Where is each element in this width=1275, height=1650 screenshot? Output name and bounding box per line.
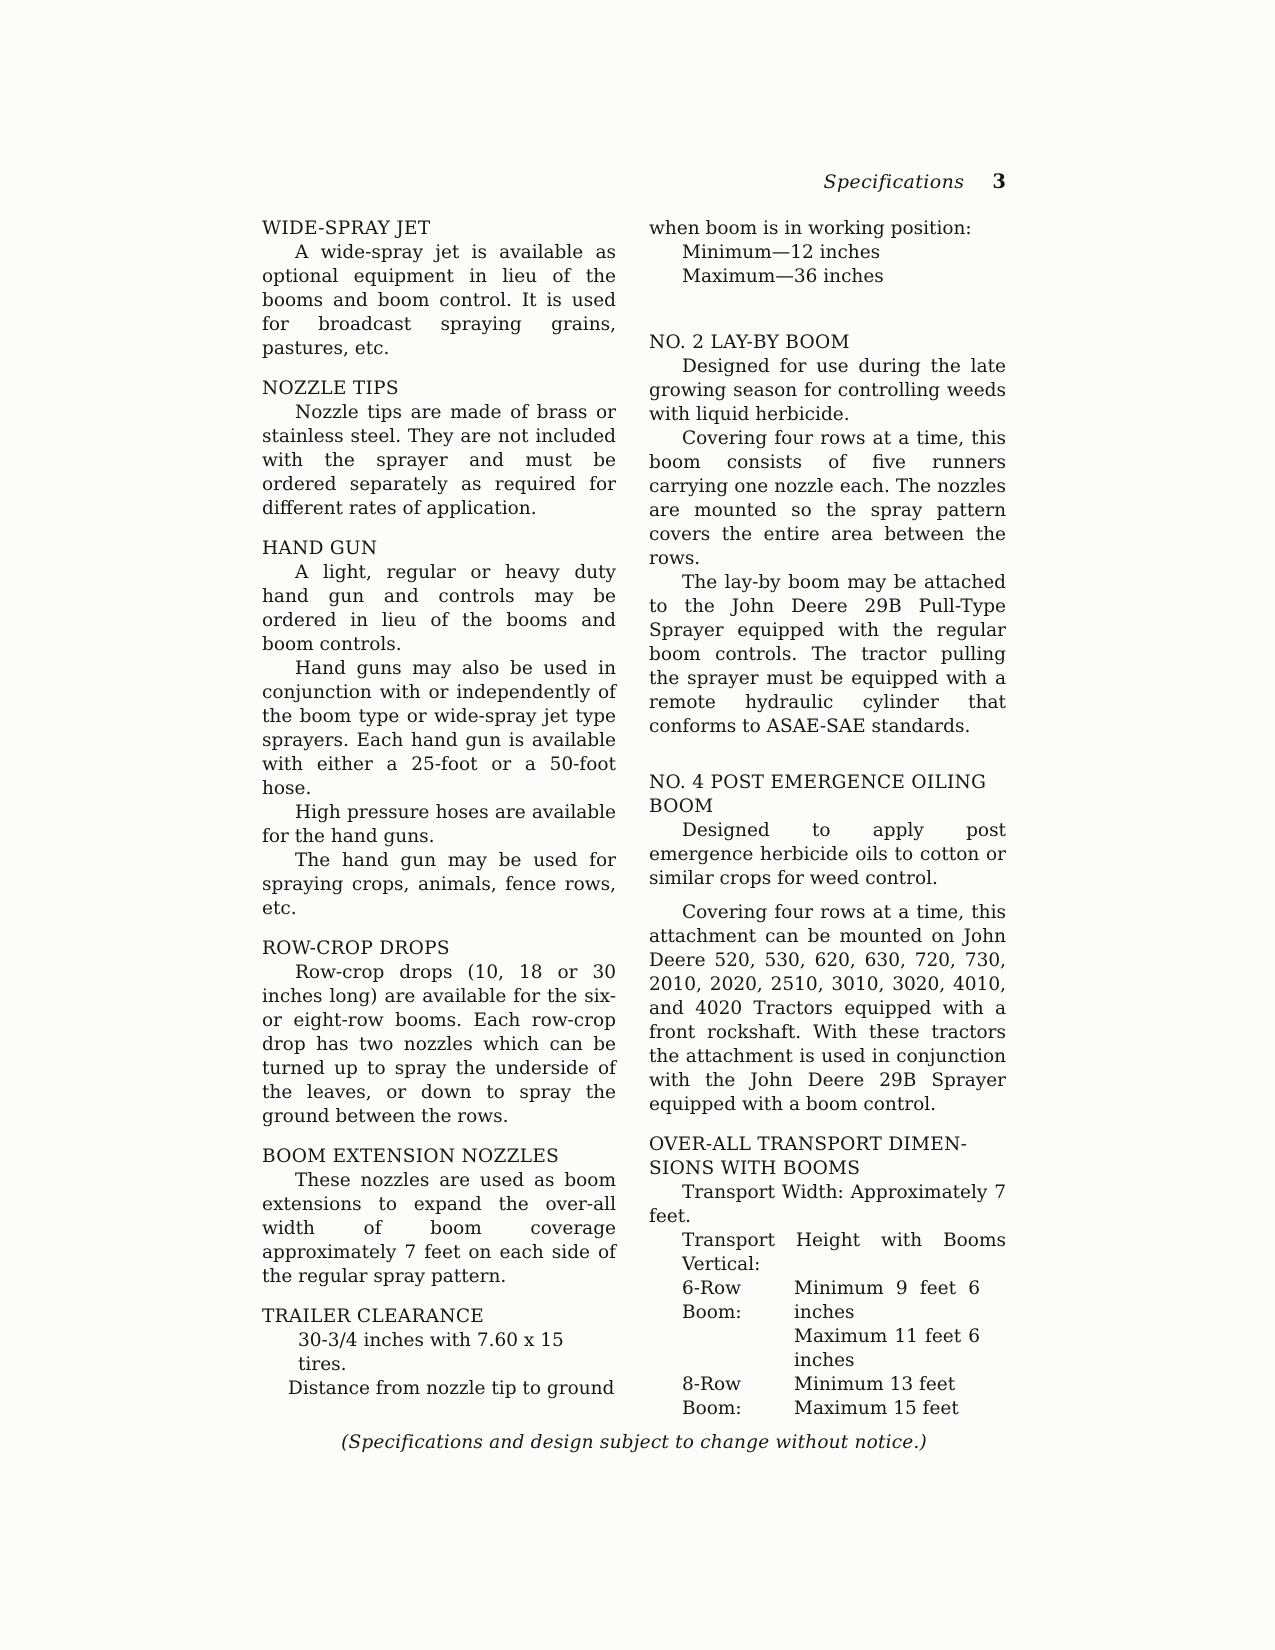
section-heading: TRAILER CLEARANCE	[262, 1305, 616, 1329]
running-title: Specifications	[823, 171, 964, 193]
paragraph: Covering four rows at a time, this boom …	[649, 427, 1006, 571]
spec-value: Minimum 13 feet	[794, 1373, 980, 1397]
section-heading: ROW-CROP DROPS	[262, 937, 616, 961]
paragraph: These nozzles are used as boom extension…	[262, 1169, 616, 1289]
page-content: Specifications3 WIDE-SPRAY JET A wide-sp…	[262, 170, 1006, 1455]
transport-width: Transport Width: Approximately 7 feet.	[649, 1181, 1006, 1229]
paragraph: A light, regular or heavy duty hand gun …	[262, 561, 616, 657]
spec-label: 8-Row Boom:	[682, 1373, 794, 1421]
paragraph: Nozzle tips are made of brass or stainle…	[262, 401, 616, 521]
paragraph: Row-crop drops (10, 18 or 30 inches long…	[262, 961, 616, 1129]
section-nozzle-tips: NOZZLE TIPS Nozzle tips are made of bras…	[262, 377, 616, 521]
section-no4-post-emergence-oiling-boom: NO. 4 POST EMERGENCE OILING BOOM Designe…	[649, 771, 1006, 1117]
spec-value: Maximum 15 feet	[794, 1397, 980, 1421]
spec-values: Minimum 13 feet Maximum 15 feet	[794, 1373, 980, 1421]
paragraph: High pressure hoses are available for th…	[262, 801, 616, 849]
right-column: when boom is in working position: Minimu…	[649, 217, 1006, 1421]
page-number: 3	[992, 170, 1006, 193]
continuation-lead: when boom is in working position:	[649, 217, 1006, 241]
section-heading: WIDE-SPRAY JET	[262, 217, 616, 241]
paragraph: The lay-by boom may be attached to the J…	[649, 571, 1006, 739]
section-transport-dimensions: OVER-ALL TRANSPORT DIMEN­SIONS WITH BOOM…	[649, 1133, 1006, 1421]
section-no2-lay-by-boom: NO. 2 LAY-BY BOOM Designed for use durin…	[649, 331, 1006, 739]
paragraph: A wide-spray jet is available as optiona…	[262, 241, 616, 361]
section-heading: NOZZLE TIPS	[262, 377, 616, 401]
spec-line: Minimum—12 inches	[649, 241, 1006, 265]
footer-note: (Specifications and design subject to ch…	[262, 1431, 1006, 1455]
section-heading: OVER-ALL TRANSPORT DIMEN­SIONS WITH BOOM…	[649, 1133, 1006, 1181]
document-page: Specifications3 WIDE-SPRAY JET A wide-sp…	[0, 0, 1275, 1650]
columns: WIDE-SPRAY JET A wide-spray jet is avail…	[262, 217, 1006, 1421]
spec-row-8-row-boom: 8-Row Boom: Minimum 13 feet Maximum 15 f…	[649, 1373, 1006, 1421]
section-heading: HAND GUN	[262, 537, 616, 561]
transport-height-heading: Transport Height with Booms Vertical:	[649, 1229, 1006, 1277]
spec-line: Distance from nozzle tip to ground	[262, 1377, 616, 1401]
paragraph: The hand gun may be used for spraying cr…	[262, 849, 616, 921]
paragraph: Hand guns may also be used in conjunctio…	[262, 657, 616, 801]
section-heading: NO. 4 POST EMERGENCE OILING BOOM	[649, 771, 1006, 819]
spec-line: 30-3/4 inches with 7.60 x 15 tires.	[262, 1329, 616, 1377]
section-heading: NO. 2 LAY-BY BOOM	[649, 331, 1006, 355]
spec-label: 6-Row Boom:	[682, 1277, 794, 1373]
section-hand-gun: HAND GUN A light, regular or heavy duty …	[262, 537, 616, 921]
spec-line: Maximum—36 inches	[649, 265, 1006, 289]
paragraph: Designed to apply post emergence herbici…	[649, 819, 1006, 891]
spec-row-6-row-boom: 6-Row Boom: Minimum 9 feet 6 inches Maxi…	[649, 1277, 1006, 1373]
section-row-crop-drops: ROW-CROP DROPS Row-crop drops (10, 18 or…	[262, 937, 616, 1129]
section-continuation: when boom is in working position: Minimu…	[649, 217, 1006, 289]
section-boom-extension-nozzles: BOOM EXTENSION NOZZLES These nozzles are…	[262, 1145, 616, 1289]
left-column: WIDE-SPRAY JET A wide-spray jet is avail…	[262, 217, 616, 1421]
section-trailer-clearance: TRAILER CLEARANCE 30-3/4 inches with 7.6…	[262, 1305, 616, 1401]
page-header: Specifications3	[262, 170, 1006, 195]
spec-value: Maximum 11 feet 6 inches	[794, 1325, 980, 1373]
spec-value: Minimum 9 feet 6 inches	[794, 1277, 980, 1325]
paragraph: Covering four rows at a time, this attac…	[649, 901, 1006, 1117]
section-wide-spray-jet: WIDE-SPRAY JET A wide-spray jet is avail…	[262, 217, 616, 361]
paragraph: Designed for use during the late growing…	[649, 355, 1006, 427]
section-heading: BOOM EXTENSION NOZZLES	[262, 1145, 616, 1169]
spec-values: Minimum 9 feet 6 inches Maximum 11 feet …	[794, 1277, 980, 1373]
